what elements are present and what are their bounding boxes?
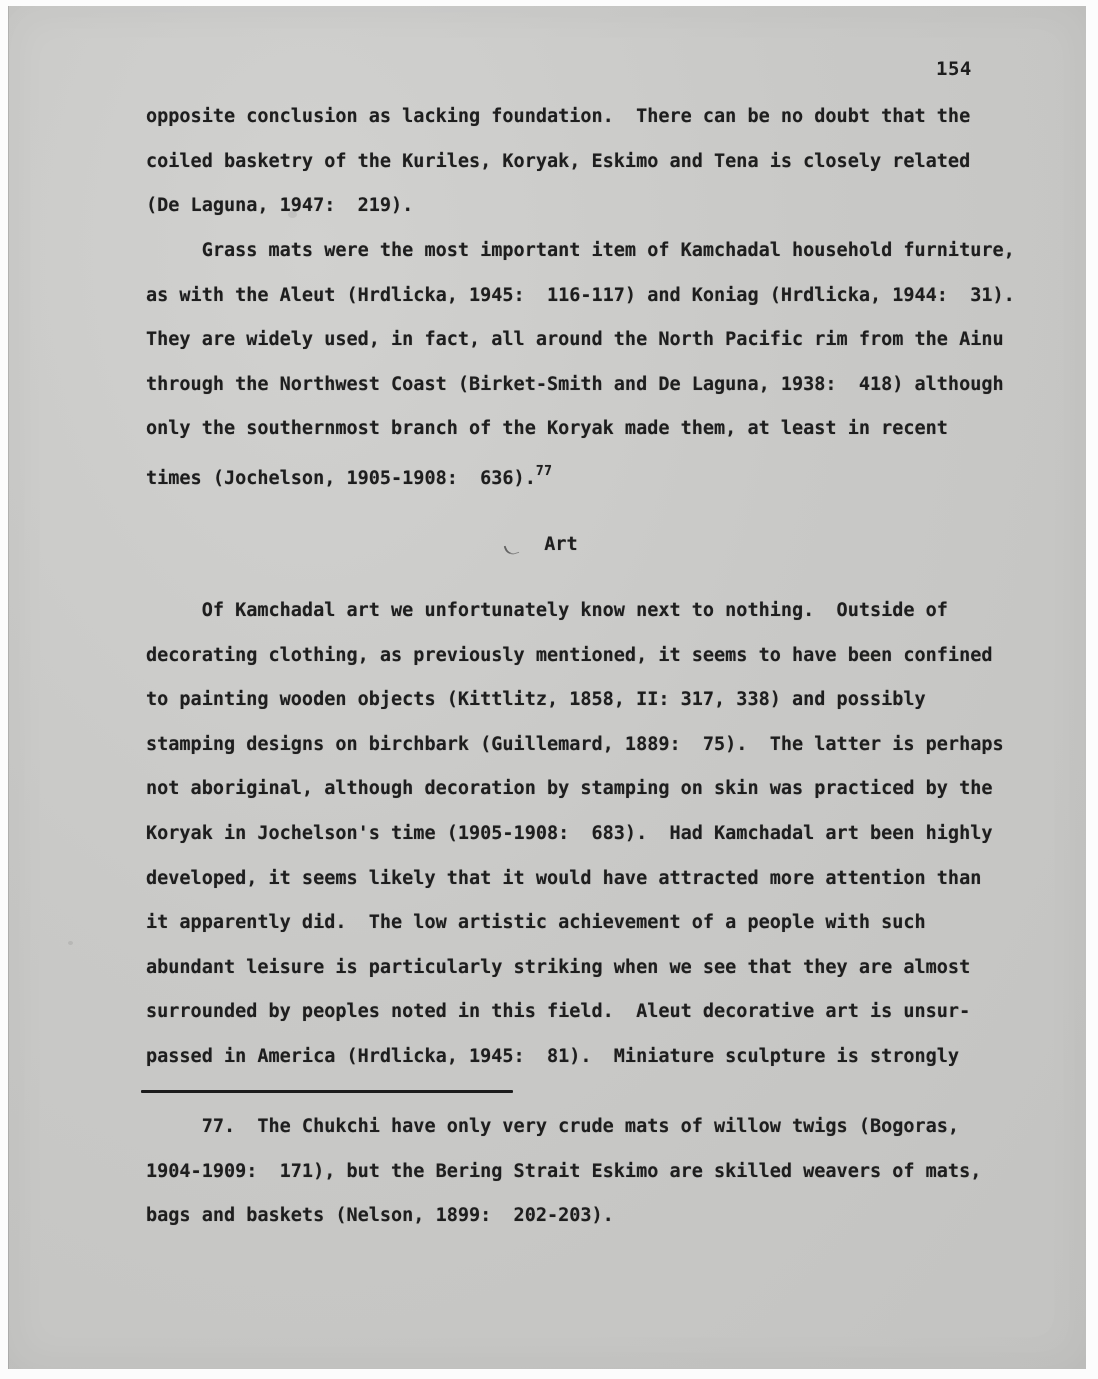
text-line: bags and baskets (Nelson, 1899: 202-203)… xyxy=(146,1194,1046,1239)
text-line: (De Laguna, 1947: 219). xyxy=(146,184,1046,229)
footnote-reference: 77 xyxy=(536,464,553,479)
text-line: 1904-1909: 171), but the Bering Strait E… xyxy=(146,1150,1046,1195)
text-line: not aboriginal, although decoration by s… xyxy=(146,767,1046,812)
paragraph-grass-mats: Grass mats were the most important item … xyxy=(146,229,1046,497)
footnote-divider xyxy=(141,1090,513,1093)
paragraph-art: Of Kamchadal art we unfortunately know n… xyxy=(146,589,1046,1080)
text-line: decorating clothing, as previously menti… xyxy=(146,634,1046,679)
text-line: it apparently did. The low artistic achi… xyxy=(146,901,1046,946)
section-heading: Art xyxy=(146,523,976,568)
text-line: through the Northwest Coast (Birket-Smit… xyxy=(146,363,1046,408)
text-line: to painting wooden objects (Kittlitz, 18… xyxy=(146,678,1046,723)
paragraph-basketry: opposite conclusion as lacking foundatio… xyxy=(146,95,1046,229)
text-line: developed, it seems likely that it would… xyxy=(146,857,1046,902)
text-line: only the southernmost branch of the Kory… xyxy=(146,407,1046,452)
scan-speck xyxy=(68,941,73,945)
text-line: Koryak in Jochelson's time (1905-1908: 6… xyxy=(146,812,1046,857)
text-line: as with the Aleut (Hrdlicka, 1945: 116-1… xyxy=(146,274,1046,319)
text-line: passed in America (Hrdlicka, 1945: 81). … xyxy=(146,1035,1046,1080)
footnote-text: 77. The Chukchi have only very crude mat… xyxy=(146,1105,1046,1239)
scan-speck xyxy=(288,211,297,218)
text-line: stamping designs on birchbark (Guillemar… xyxy=(146,723,1046,768)
text-line: They are widely used, in fact, all aroun… xyxy=(146,318,1046,363)
text-line: abundant leisure is particularly strikin… xyxy=(146,946,1046,991)
page-number: 154 xyxy=(936,58,972,80)
line-text: times (Jochelson, 1905-1908: 636). xyxy=(146,468,536,489)
text-line: opposite conclusion as lacking foundatio… xyxy=(146,95,1046,140)
scan-frame: 154 opposite conclusion as lacking found… xyxy=(0,0,1098,1379)
text-line: Of Kamchadal art we unfortunately know n… xyxy=(146,589,1046,634)
document-page: 154 opposite conclusion as lacking found… xyxy=(8,6,1086,1369)
text-line: 77. The Chukchi have only very crude mat… xyxy=(146,1105,1046,1150)
text-line: coiled basketry of the Kuriles, Koryak, … xyxy=(146,140,1046,185)
text-line: times (Jochelson, 1905-1908: 636).77 xyxy=(146,452,1046,497)
paragraph-lines: Grass mats were the most important item … xyxy=(146,229,1046,452)
text-line: surrounded by peoples noted in this fiel… xyxy=(146,990,1046,1035)
text-line: Grass mats were the most important item … xyxy=(146,229,1046,274)
